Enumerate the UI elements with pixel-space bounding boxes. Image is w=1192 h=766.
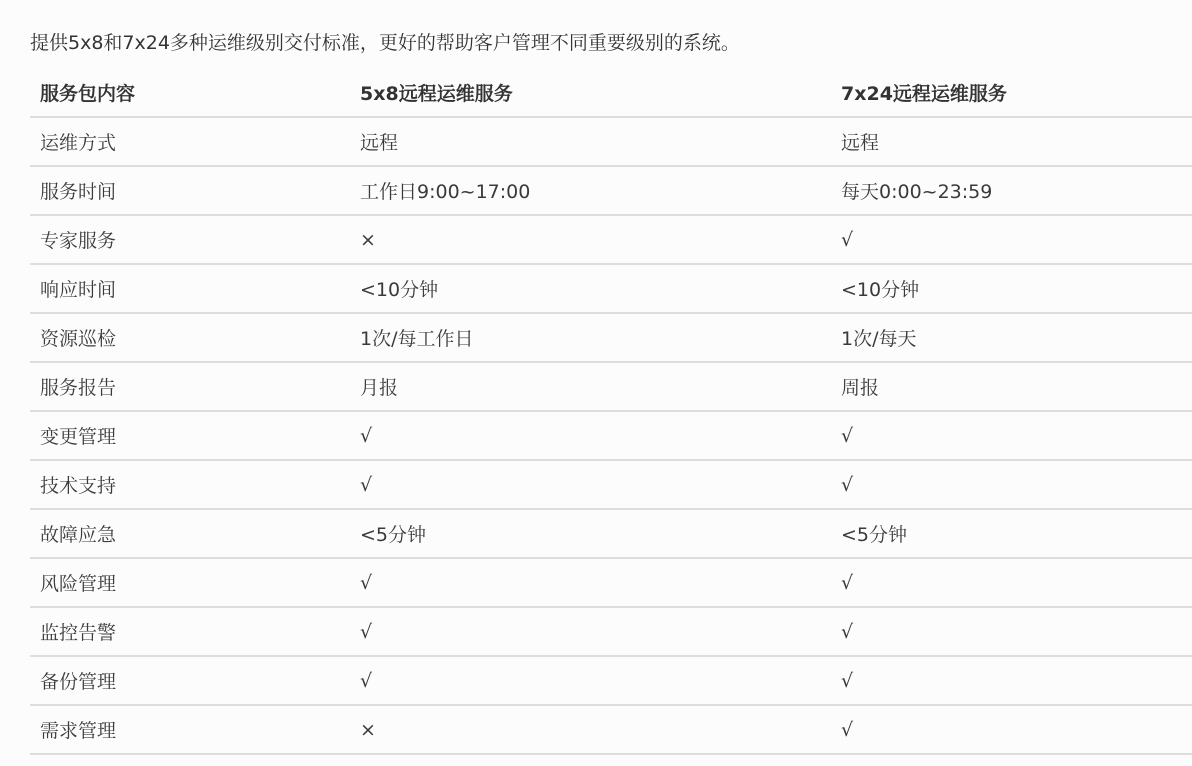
table-row: 资源巡检1次/每工作日1次/每天 — [30, 313, 1192, 362]
table-header-row: 服务包内容 5x8远程运维服务 7x24远程运维服务 — [30, 69, 1192, 117]
row-item-label: 变更管理 — [30, 411, 350, 460]
row-5x8-value: 月报 — [350, 362, 831, 411]
header-package-content: 服务包内容 — [30, 69, 350, 117]
table-row: 备份管理√√ — [30, 656, 1192, 705]
table-row: 监控告警√√ — [30, 607, 1192, 656]
table-row: 技术支持√√ — [30, 460, 1192, 509]
row-5x8-value: × — [350, 215, 831, 264]
table-row: 响应时间<10分钟<10分钟 — [30, 264, 1192, 313]
intro-text: 提供5x8和7x24多种运维级别交付标准，更好的帮助客户管理不同重要级别的系统。 — [30, 29, 740, 57]
row-item-label: 需求管理 — [30, 705, 350, 754]
table-row: 需求管理×√ — [30, 705, 1192, 754]
row-7x24-value: √ — [831, 460, 1192, 509]
row-item-label: 服务报告 — [30, 362, 350, 411]
row-7x24-value: √ — [831, 411, 1192, 460]
table-row: 服务报告月报周报 — [30, 362, 1192, 411]
row-7x24-value: √ — [831, 607, 1192, 656]
row-item-label: 技术支持 — [30, 460, 350, 509]
row-7x24-value: <10分钟 — [831, 264, 1192, 313]
row-7x24-value: √ — [831, 215, 1192, 264]
row-7x24-value: √ — [831, 705, 1192, 754]
table-row: 专家服务×√ — [30, 215, 1192, 264]
row-5x8-value: × — [350, 705, 831, 754]
row-7x24-value: √ — [831, 656, 1192, 705]
row-item-label: 备份管理 — [30, 656, 350, 705]
row-item-label: 响应时间 — [30, 264, 350, 313]
row-7x24-value: 远程 — [831, 117, 1192, 166]
row-5x8-value: <10分钟 — [350, 264, 831, 313]
row-item-label: 服务时间 — [30, 166, 350, 215]
header-5x8-service: 5x8远程运维服务 — [350, 69, 831, 117]
row-item-label: 风险管理 — [30, 558, 350, 607]
table-row: 运维方式远程远程 — [30, 117, 1192, 166]
row-5x8-value: 1次/每工作日 — [350, 313, 831, 362]
table-row: 风险管理√√ — [30, 558, 1192, 607]
row-5x8-value: <5分钟 — [350, 509, 831, 558]
table-row: 变更管理√√ — [30, 411, 1192, 460]
row-7x24-value: 每天0:00~23:59 — [831, 166, 1192, 215]
table-row: 故障应急<5分钟<5分钟 — [30, 509, 1192, 558]
service-comparison-table: 服务包内容 5x8远程运维服务 7x24远程运维服务 运维方式远程远程服务时间工… — [30, 69, 1192, 755]
row-5x8-value: √ — [350, 411, 831, 460]
row-7x24-value: 周报 — [831, 362, 1192, 411]
row-item-label: 运维方式 — [30, 117, 350, 166]
row-item-label: 专家服务 — [30, 215, 350, 264]
row-7x24-value: 1次/每天 — [831, 313, 1192, 362]
table-row: 服务时间工作日9:00~17:00每天0:00~23:59 — [30, 166, 1192, 215]
row-5x8-value: √ — [350, 558, 831, 607]
row-7x24-value: √ — [831, 558, 1192, 607]
row-5x8-value: 远程 — [350, 117, 831, 166]
row-item-label: 故障应急 — [30, 509, 350, 558]
header-7x24-service: 7x24远程运维服务 — [831, 69, 1192, 117]
row-item-label: 监控告警 — [30, 607, 350, 656]
row-5x8-value: 工作日9:00~17:00 — [350, 166, 831, 215]
row-item-label: 资源巡检 — [30, 313, 350, 362]
row-5x8-value: √ — [350, 656, 831, 705]
row-5x8-value: √ — [350, 607, 831, 656]
row-7x24-value: <5分钟 — [831, 509, 1192, 558]
row-5x8-value: √ — [350, 460, 831, 509]
